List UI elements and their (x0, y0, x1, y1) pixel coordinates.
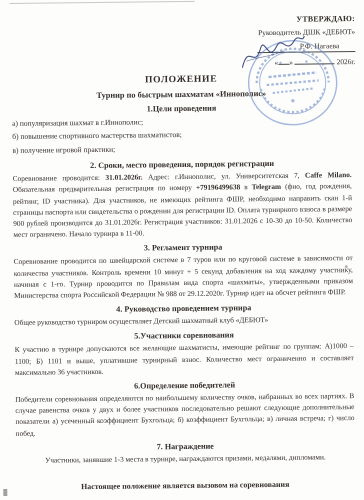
telegram-bold: Telegram (252, 182, 281, 191)
text-run: в (240, 183, 252, 192)
date-bold: 31.01.2026г. (105, 173, 142, 182)
text-run: Обязательная предварительная регистрация… (13, 183, 196, 194)
text-run: Адрес: г.Иннополис, ул. Университетская … (143, 171, 306, 182)
goal-item: в) получение игровой практики; (12, 140, 351, 157)
section-2-paragraph: Соревнование проводится: 31.01.2026г. Ад… (13, 169, 353, 240)
signature-stroke (236, 27, 309, 74)
venue-bold: Caffe Milano. (305, 170, 352, 180)
footer-note: Настоящее положение является вызовом на … (3, 479, 364, 492)
text-run: Соревнование проводится: (13, 173, 106, 183)
section-3-paragraph: Соревнование проводится по швейцарской с… (14, 253, 353, 302)
document-subtitle: Турнир по быстрым шахматам «Иннополис» (12, 88, 351, 101)
approval-label: УТВЕРЖДАЮ: (235, 13, 355, 25)
scanned-document-page: УТВЕРЖДАЮ: Руководитель ДШК «ДЕБЮТ» Р.Ф.… (0, 0, 364, 500)
section-7-paragraph: Участники, занявшие 1-3 места в турнире,… (16, 451, 355, 466)
document-title: ПОЛОЖЕНИЕ (12, 72, 351, 87)
document-body: ПОЛОЖЕНИЕ Турнир по быстрым шахматам «Ин… (12, 72, 355, 466)
phone-bold: +79196499638 (196, 183, 240, 193)
document-sheet: УТВЕРЖДАЮ: Руководитель ДШК «ДЕБЮТ» Р.Ф.… (0, 0, 364, 500)
section-6-paragraph: Победители соревнования определяются по … (15, 390, 354, 439)
section-4-paragraph: Общее руководство турниром осуществляет … (14, 313, 353, 328)
section-5-paragraph: К участию в турнире допускаются все жела… (15, 341, 354, 378)
scan-edge-artifact (10, 1, 195, 4)
